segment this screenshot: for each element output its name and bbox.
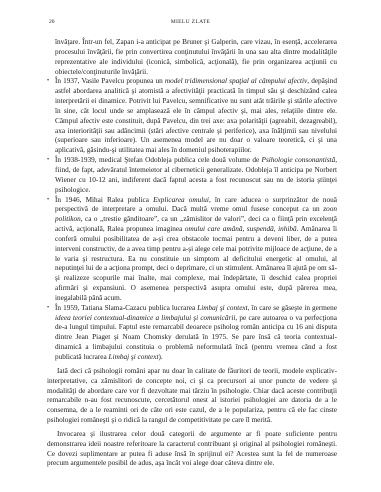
bullet-icon: • bbox=[47, 156, 49, 166]
list-item: • În 1959, Tatiana Slama-Cazacu publica … bbox=[47, 304, 337, 363]
bullet-icon: • bbox=[47, 77, 49, 87]
page-body: învăţare. Într-un fel, Zapan i-a anticip… bbox=[47, 38, 337, 469]
continuation-text: învăţare. Într-un fel, Zapan i-a anticip… bbox=[47, 38, 337, 77]
bullet-icon: • bbox=[47, 304, 49, 314]
body-paragraph: Iată deci că psihologii români apar nu d… bbox=[47, 367, 337, 426]
bullet-icon: • bbox=[47, 196, 49, 206]
body-paragraph: Invocarea şi ilustrarea celor două categ… bbox=[47, 430, 337, 469]
list-item: • În 1946, Mihai Ralea publica Explicare… bbox=[47, 196, 337, 304]
list-item: • În 1937, Vasile Pavelcu propunea un mo… bbox=[47, 77, 337, 156]
page-header: 20 MIELU ZLATE bbox=[0, 19, 381, 31]
running-title: MIELU ZLATE bbox=[0, 19, 381, 25]
list-item: • În 1938-1939, medical Ştefan Odobleja … bbox=[47, 156, 337, 195]
